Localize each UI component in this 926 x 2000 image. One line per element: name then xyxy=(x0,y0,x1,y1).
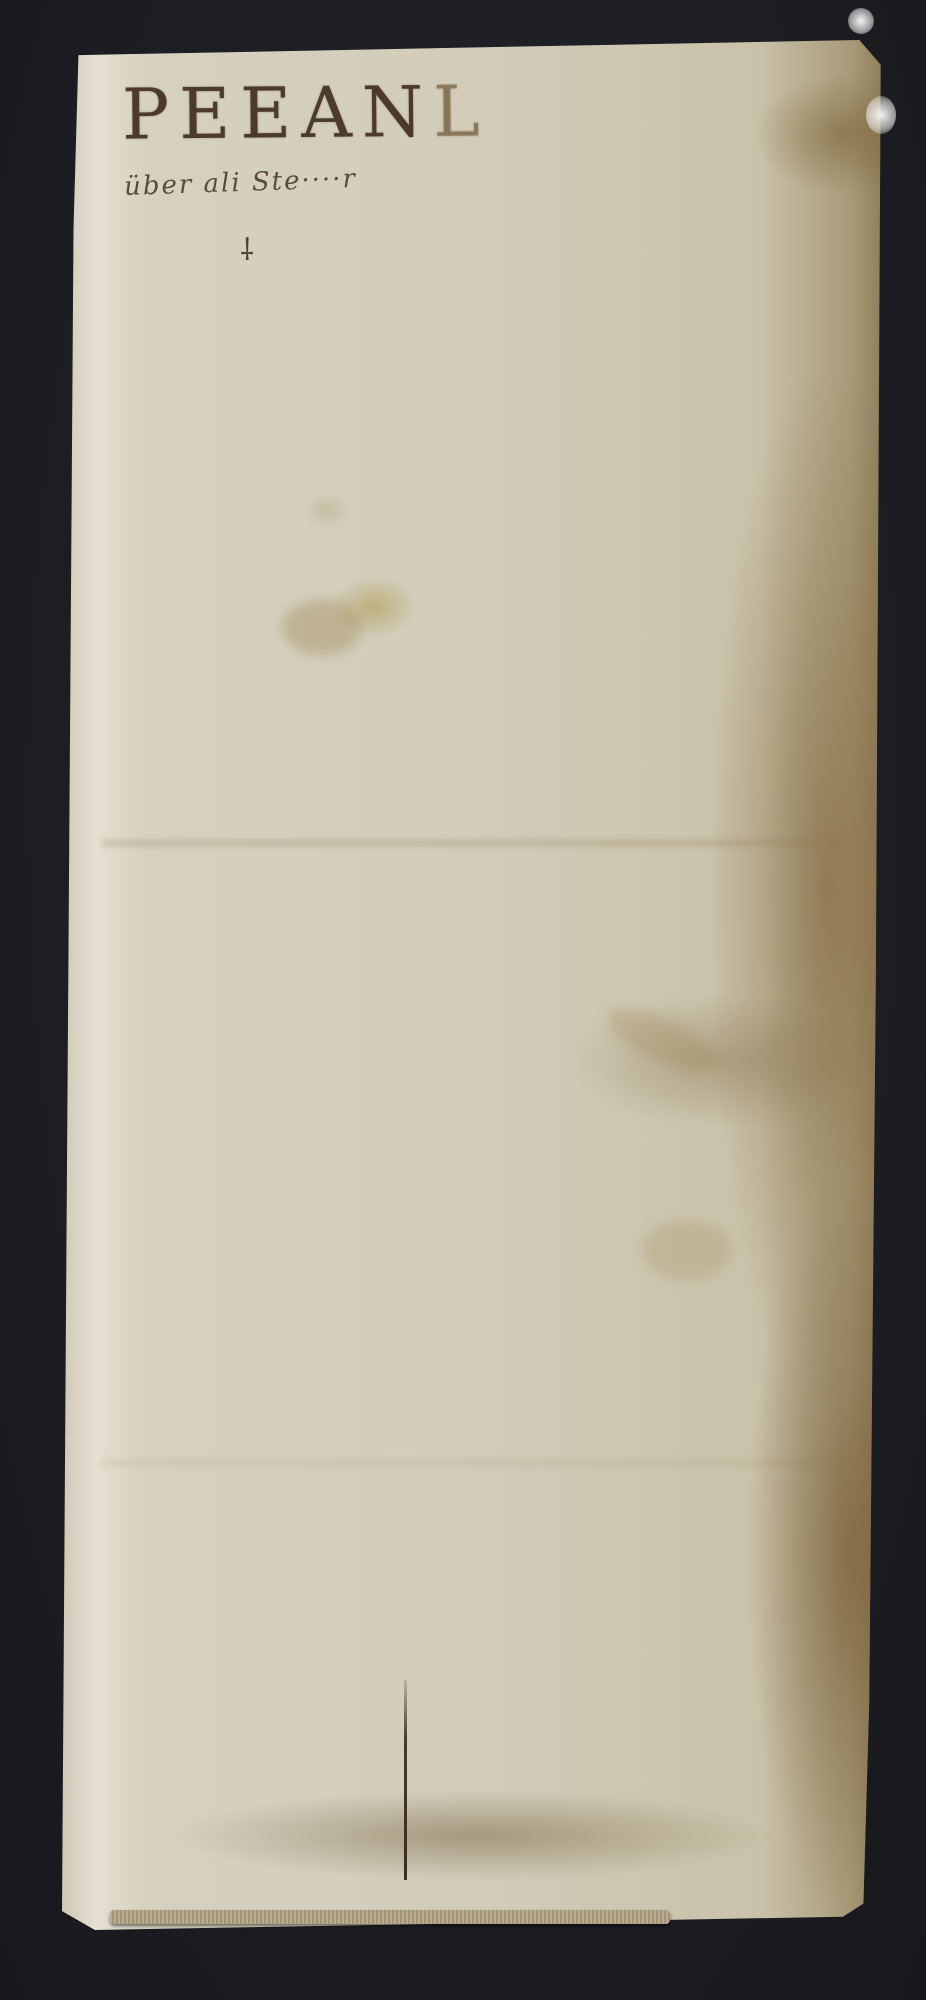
handwritten-title: PEEANL xyxy=(122,70,490,155)
vellum-book-cover xyxy=(62,40,884,1930)
vertical-crack xyxy=(404,1680,407,1880)
title-faded-letter: L xyxy=(433,70,490,152)
ink-cross-mark: ⸸ xyxy=(240,228,254,269)
white-fluff-side xyxy=(866,96,896,134)
stitched-headband xyxy=(110,1910,670,1924)
stain-center xyxy=(282,600,362,655)
stain-right-2 xyxy=(642,1220,732,1280)
horizontal-crease-lower xyxy=(102,1460,854,1466)
white-fluff-top xyxy=(848,8,874,34)
stain-right-1 xyxy=(599,997,725,1084)
horizontal-crease xyxy=(102,840,854,846)
title-text: PEEAN xyxy=(122,71,434,156)
stain-small xyxy=(312,500,342,520)
